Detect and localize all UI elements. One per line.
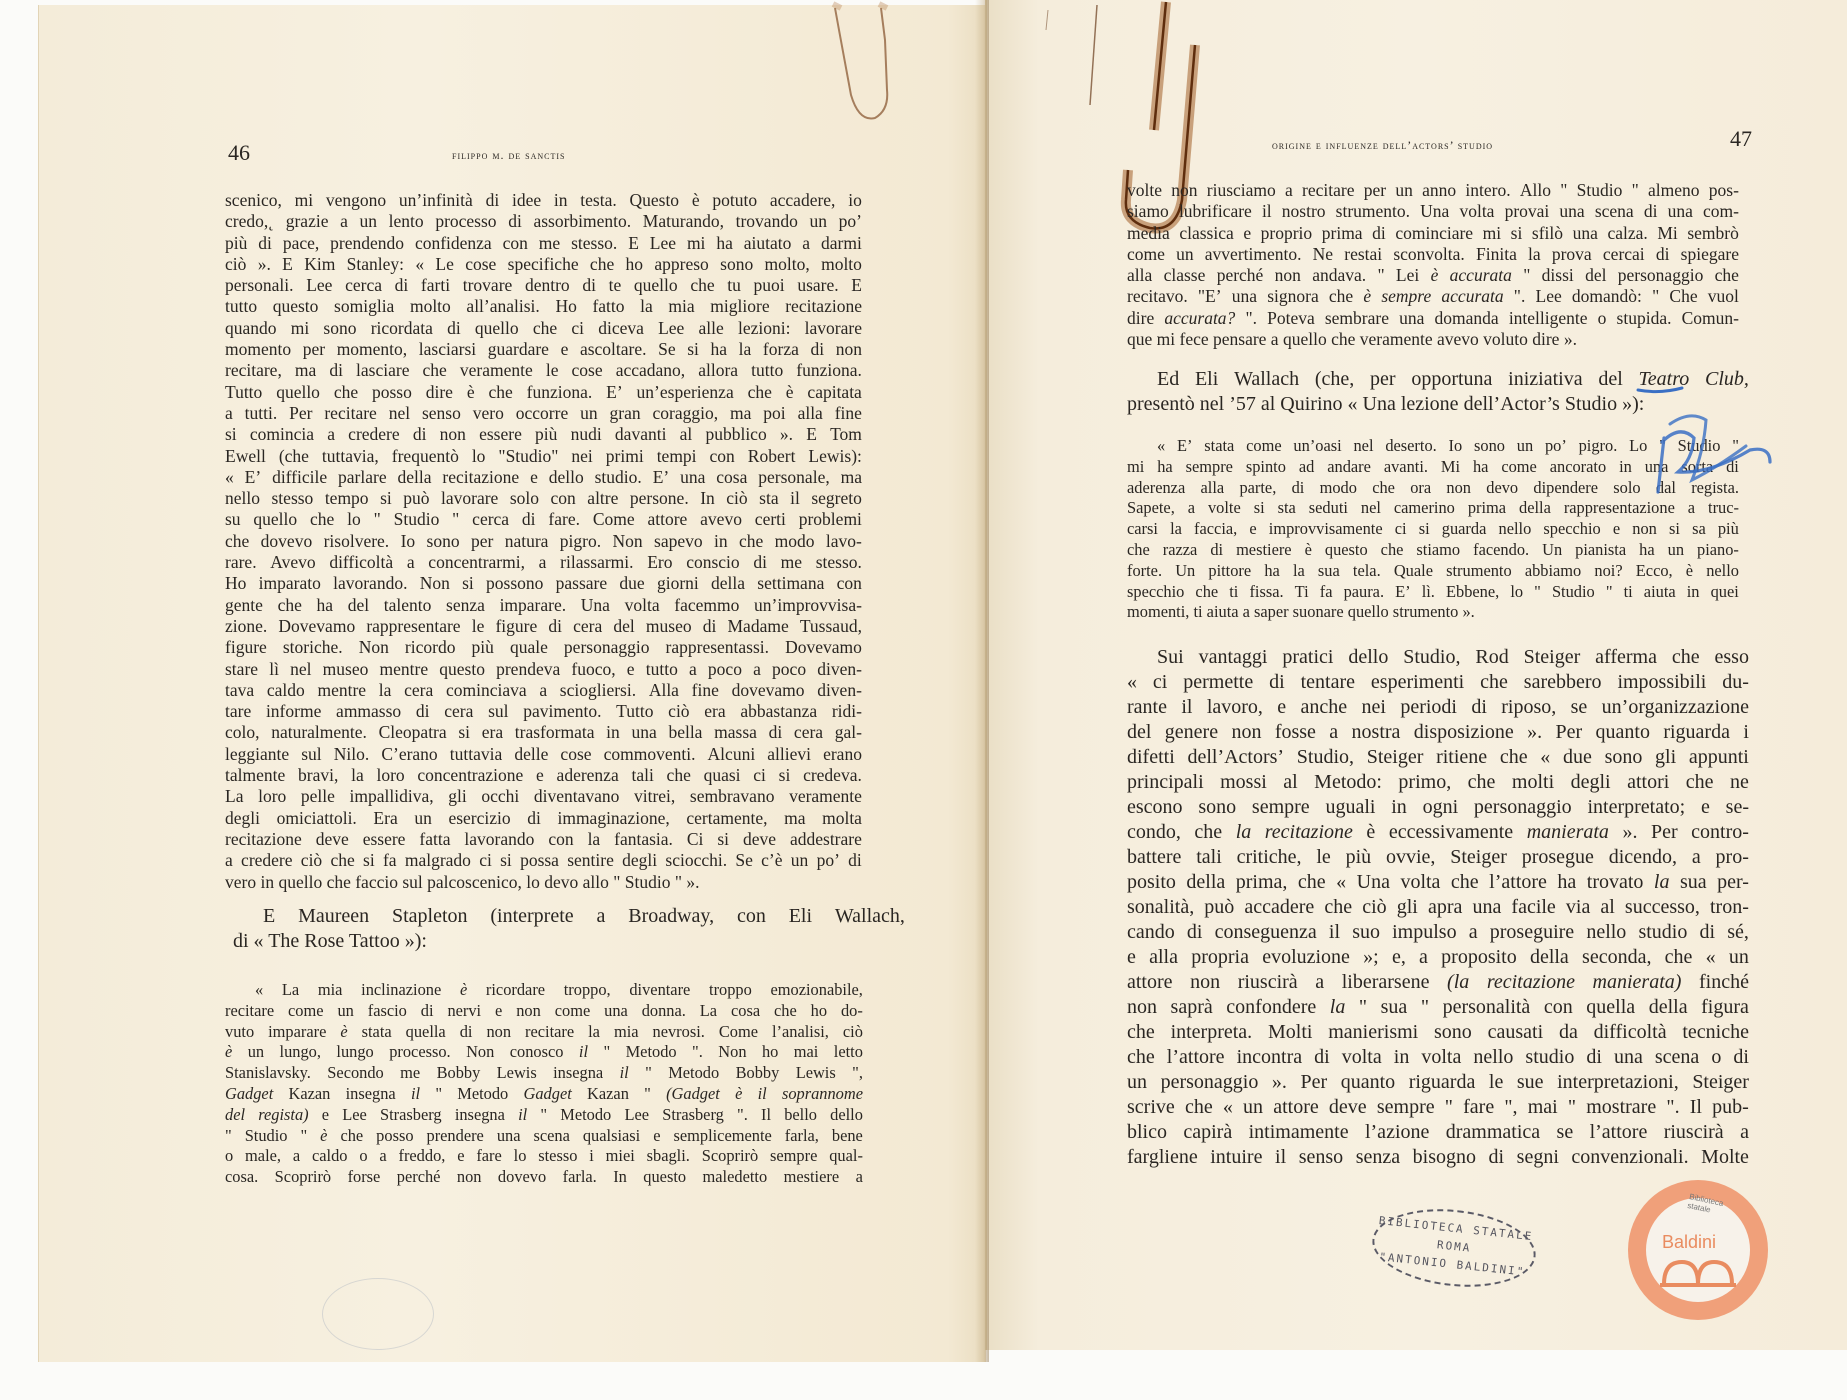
- text-line: tareinformeammassodicerasulpavimento.Tut…: [225, 701, 862, 722]
- text-line: gentechehadeltalentosenzaimparare.Unavol…: [225, 595, 862, 616]
- text-line: principalimossialMetodo:primo,chemoltide…: [1127, 770, 1749, 795]
- text-line: siamolubrificareilnostrostrumento.Unavol…: [1127, 201, 1739, 222]
- text-line: voltenonriusciamoarecitareperunannointer…: [1127, 180, 1739, 201]
- text-line: unpersonaggio».Perquantoriguardalesueint…: [1127, 1070, 1749, 1095]
- text-line: blicocapiràintimamentel’azionedrammatica…: [1127, 1120, 1749, 1145]
- text-line: farglieneintuireilsensosenzabisognodiseg…: [1127, 1145, 1749, 1170]
- text-line: zione.Dovevamorappresentarelefiguredicer…: [225, 616, 862, 637]
- right-paragraph-1: voltenonriusciamoarecitareperunannointer…: [1127, 180, 1739, 350]
- text-line: tavacaldomentrelaceracominciavaascioglie…: [225, 680, 862, 701]
- baldini-library-logo: Biblioteca statale Baldini: [1628, 1180, 1768, 1320]
- text-line: EdEliWallach(che,peropportunainiziativad…: [1127, 367, 1749, 392]
- text-line: Ewell(chetuttavia,frequentòlo"Studio"nei…: [225, 446, 862, 467]
- text-line: recitarecomeunfasciodinervienoncomeunado…: [225, 1001, 863, 1022]
- text-line: aderenzaallaparte,dimodocheoranondevodip…: [1127, 478, 1739, 499]
- text-line: starelìnelmuseomentrequestoprendevafuoco…: [225, 659, 862, 680]
- show-through-stamp: [322, 1278, 434, 1350]
- text-line: Laloropelleimpallidiva,gliocchidiventava…: [225, 786, 862, 807]
- text-line: credo,˛grazieaunlentoprocessodiassorbime…: [225, 211, 862, 232]
- text-line: omale,acaldooafreddo,efarelostessoimieis…: [225, 1146, 863, 1167]
- text-line: recitazionedeveesserefattalavorandoconla…: [225, 829, 862, 850]
- text-line: nonsapràconfonderela"sua"personalitàconq…: [1127, 995, 1749, 1020]
- text-line: allaclasseperchénonandava."Leièaccurata"…: [1127, 265, 1739, 286]
- text-line: candodiconseguenzailsuoimpulsoaproseguir…: [1127, 920, 1749, 945]
- text-line: di « The Rose Tattoo »):: [233, 929, 905, 954]
- text-line: recitare,madilasciarecheveramentelecosea…: [225, 360, 862, 381]
- text-line: forte.Unpittorehalasuatela.Qualestrument…: [1127, 561, 1739, 582]
- text-line: condo,chelarecitazioneèeccessivamenteman…: [1127, 820, 1749, 845]
- text-line: Stanislavsky.SecondomeBobbyLewisinsegnai…: [225, 1063, 863, 1084]
- left-paragraph-1: scenico,mivengonoun’infinitàdiideeintest…: [225, 190, 862, 893]
- text-line: momentopermomento,lasciarsiguardareeasco…: [225, 339, 862, 360]
- text-line: difettidell’Actors’Studio,Steigerritiene…: [1127, 745, 1749, 770]
- text-line: eallapropriaevoluzione»;e,apropositodell…: [1127, 945, 1749, 970]
- text-line: specchiochetifissa.Tifapaura.E’lì.Ebbene…: [1127, 582, 1739, 603]
- text-line: scenico,mivengonoun’infinitàdiideeintest…: [225, 190, 862, 211]
- text-line: "Studio"èchepossoprendereunascenaqualsia…: [225, 1126, 863, 1147]
- text-line: batteretalicritiche,lepiùovvie,Steigerpr…: [1127, 845, 1749, 870]
- text-line: ciò».EKimStanley:«Lecosespecifichechehoa…: [225, 254, 862, 275]
- text-line: tuttoquestosomigliamoltoall’analisi.Hofa…: [225, 296, 862, 317]
- text-line: acredereciòchesifamalgradocisipossasenti…: [225, 850, 862, 871]
- text-line: vutoimparareèstataquelladinonrecitarelam…: [225, 1022, 863, 1043]
- book-gutter: [975, 0, 989, 1362]
- text-line: EMaureenStapleton(interpreteaBroadway,co…: [233, 904, 905, 929]
- right-paragraph-2: SuivantaggipraticidelloStudio,RodSteiger…: [1127, 645, 1749, 1170]
- left-lead-paragraph: EMaureenStapleton(interpreteaBroadway,co…: [233, 904, 905, 954]
- text-line: Tuttoquellochepossodireèchefunziona.E’un…: [225, 382, 862, 403]
- text-line: rare.Avevodifficoltàaconcentrarmi,arilas…: [225, 552, 862, 573]
- text-line: scriveche«unattoredevesempre"fare",mai"m…: [1127, 1095, 1749, 1120]
- text-line: que mi fece pensare a quello che veramen…: [1127, 329, 1739, 350]
- text-line: piùdipace,prendendoconfidenzaconmestesso…: [225, 233, 862, 254]
- text-line: «E’statacomeun’oasineldeserto.Iosonounpo…: [1127, 436, 1739, 457]
- text-line: esconosonosempreugualiinognipersonaggioi…: [1127, 795, 1749, 820]
- text-line: vero in quello che faccio sul palcosceni…: [225, 872, 862, 893]
- text-line: delgenerenonfosseanostradisposizione».Pe…: [1127, 720, 1749, 745]
- left-quote-block: «Lamiainclinazioneèricordaretroppo,diven…: [225, 980, 863, 1188]
- text-line: talmentebravi,laloroconcentrazioneeadere…: [225, 765, 862, 786]
- text-line: quandomisonoricordatadiquellochecidiceva…: [225, 318, 862, 339]
- text-line: atutti.Perrecitarenelsensoverooccorreung…: [225, 403, 862, 424]
- right-lead-paragraph: EdEliWallach(che,peropportunainiziativad…: [1127, 367, 1749, 417]
- text-line: Sapete,avoltesistasedutinelcamerinoprima…: [1127, 498, 1739, 519]
- text-line: èunlungo,lungoprocesso.Nonconoscoil"Meto…: [225, 1042, 863, 1063]
- text-line: «E’difficileparlaredellarecitazioneedell…: [225, 467, 862, 488]
- text-line: momenti, ti aiuta a saper suonare quello…: [1127, 602, 1739, 623]
- text-line: figurestoriche.Nonricordopiùqualepersona…: [225, 637, 862, 658]
- running-head-right: ORIGINE E INFLUENZE DELL’ACTORS’ STUDIO: [1272, 138, 1493, 153]
- text-line: mihasemprespintoadandareavanti.Mihacomea…: [1127, 457, 1739, 478]
- text-line: GadgetKazaninsegnail"MetodoGadgetKazan"(…: [225, 1084, 863, 1105]
- text-line: SuivantaggipraticidelloStudio,RodSteiger…: [1127, 645, 1749, 670]
- text-line: mediaclassicaeproprioprimadicominciaremi…: [1127, 223, 1739, 244]
- text-line: cosa.Scopriròforseperchénondovevofarla.I…: [225, 1167, 863, 1188]
- text-line: chedovevorisolvere.Iosonopernaturapigro.…: [225, 531, 862, 552]
- text-line: ranteillavoro,eancheneiperiodidiriposo,s…: [1127, 695, 1749, 720]
- text-line: degliomiciattoli.Erauneserciziodiimmagin…: [225, 808, 862, 829]
- page-number-left: 46: [228, 140, 250, 166]
- page-number-right: 47: [1730, 126, 1752, 152]
- text-line: carsilafaccia,eimprovvisamentecisiguarda…: [1127, 519, 1739, 540]
- text-line: leggiantesulNilo.C’eranotuttaviadellecos…: [225, 744, 862, 765]
- text-line: chel’attoreincontradivoltainvoltanellost…: [1127, 1045, 1749, 1070]
- text-line: «cipermetteditentareesperimentichesarebb…: [1127, 670, 1749, 695]
- text-line: cheinterpreta.Moltimanierismisonocausati…: [1127, 1020, 1749, 1045]
- text-line: suquellochelo"Studio"cercadifare.Comeatt…: [225, 509, 862, 530]
- text-line: «Lamiainclinazioneèricordaretroppo,diven…: [225, 980, 863, 1001]
- book-icon: [1660, 1258, 1736, 1288]
- running-head-left: FILIPPO M. DE SANCTIS: [452, 148, 565, 163]
- text-line: recitavo."E’unasignoracheèsempreaccurata…: [1127, 286, 1739, 307]
- text-line: sonalità,puòaccaderecheciògliapraunafaci…: [1127, 895, 1749, 920]
- right-quote-block: «E’statacomeun’oasineldeserto.Iosonounpo…: [1127, 436, 1739, 623]
- text-line: Hoimparatolavorando.Nonsipossonopassared…: [225, 573, 862, 594]
- text-line: delregista)eLeeStrasberginsegnail"Metodo…: [225, 1105, 863, 1126]
- text-line: personali.Leecercadifartitrovaredentrodi…: [225, 275, 862, 296]
- text-line: cherazzadimestiereèquestochestiamofacend…: [1127, 540, 1739, 561]
- text-line: colo,naturalmente.Cleopatrasieratrasform…: [225, 722, 862, 743]
- text-line: positodellaprima,che«Unavoltachel’attore…: [1127, 870, 1749, 895]
- text-line: attorenonriusciràaliberarsene(larecitazi…: [1127, 970, 1749, 995]
- text-line: direaccurata?".Potevasembrareunadomandai…: [1127, 308, 1739, 329]
- text-line: presentò nel ’57 al Quirino « Una lezion…: [1127, 392, 1749, 417]
- text-line: comeunavvertimento.Nerestaisconvolta.Fin…: [1127, 244, 1739, 265]
- text-line: nellostessotemposipuòlavoraresoloconaltr…: [225, 488, 862, 509]
- text-line: sicominciaacrederedinonesserepiùnudidava…: [225, 424, 862, 445]
